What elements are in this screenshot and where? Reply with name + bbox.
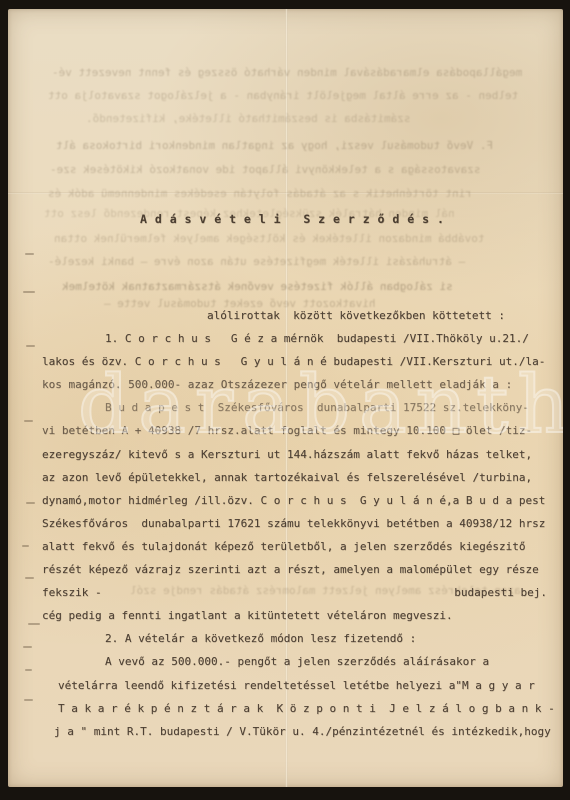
scan-background: { "page": { "background_color": "#17130e… [0,0,570,800]
text-line: vételárra leendő kifizetési rendeltetéss… [58,674,558,697]
text-line: Székesfőváros dunabalparti 17621 számu t… [42,512,558,535]
margin-mark [25,253,34,255]
document-body: alólirottak között következőkben köttete… [42,304,558,743]
text-line: alatt fekvő és tulajdonát képező terület… [42,535,558,558]
bleedthrough-line: továbbá mindazon illetékek és költségek … [54,233,484,245]
paper-sheet: megállapodása elmaradásával minden várha… [8,9,563,787]
margin-mark [25,577,34,579]
text-line: kos magánzó. 500.000- azaz Otszázezer pe… [42,373,558,396]
text-line: B u d a p e s t Székesfőváros dunabalpar… [105,396,558,419]
text-line: ezeregyszáz/ kitevő s a Kerszturi ut 144… [42,443,558,466]
document-title: A d á s v é t e l i S z e r z ő d é s . [140,212,444,226]
margin-mark [26,502,35,504]
bleedthrough-line: rint történhetik s az átadás folytán ese… [48,188,472,200]
bleedthrough-line: számitásba is beszámitható illetéke, kif… [86,113,411,125]
margin-mark [26,345,35,347]
text-line: részét képező vázrajz szerinti azt a rés… [42,558,558,581]
margin-mark [23,646,32,648]
text-line: cég pedig a fennti ingatlant a kitüntete… [42,604,558,627]
text-line: az azon levő épületekkel, annak tartozék… [42,466,558,489]
bleedthrough-line: szavatossága s a telekkönyvi állapot ide… [50,164,480,176]
bleedthrough-line: si zálogban állók fizetése vevőnek átszá… [62,281,453,293]
text-line: T a k a r é k p é n z t á r a k K ö z p … [58,697,558,720]
text-line: alólirottak között következőkben köttete… [207,304,558,327]
text-fragment-left: fekszik - [42,581,102,604]
text-fragment-right: budapesti bej. [454,581,547,604]
bleedthrough-line: megállapodása elmaradásával minden várha… [52,67,522,79]
margin-mark [24,699,33,701]
text-line: 2. A vételár a következő módon lesz fize… [105,627,558,650]
margin-mark [24,420,33,422]
text-line: vi betétben A + 40938 /7 hrsz.alatt fogl… [42,419,558,442]
bleedthrough-line: telben - az erre által megjelölt irányba… [48,90,518,102]
text-line: dynamó,motor hidmérleg /ill.özv. C o r c… [42,489,558,512]
text-line: A vevő az 500.000.- pengőt a jelen szerz… [105,650,558,673]
text-line: lakos és özv. C o r c h u s G y u l á n … [42,350,558,373]
margin-mark [28,623,40,625]
margin-mark [22,545,29,547]
margin-mark [23,291,35,293]
text-line: fekszik - budapesti bej. [42,581,547,604]
margin-mark [25,669,32,671]
bleedthrough-line: — átruházási illeték megfizetése után az… [48,256,465,268]
text-line: 1. C o r c h u s G é z a mérnök budapest… [105,327,558,350]
bleedthrough-line: F. Vevő tudomásul veszi, hogy az ingatla… [56,140,493,152]
text-line: j a " mint R.T. budapesti / V.Tükör u. 4… [54,720,558,743]
